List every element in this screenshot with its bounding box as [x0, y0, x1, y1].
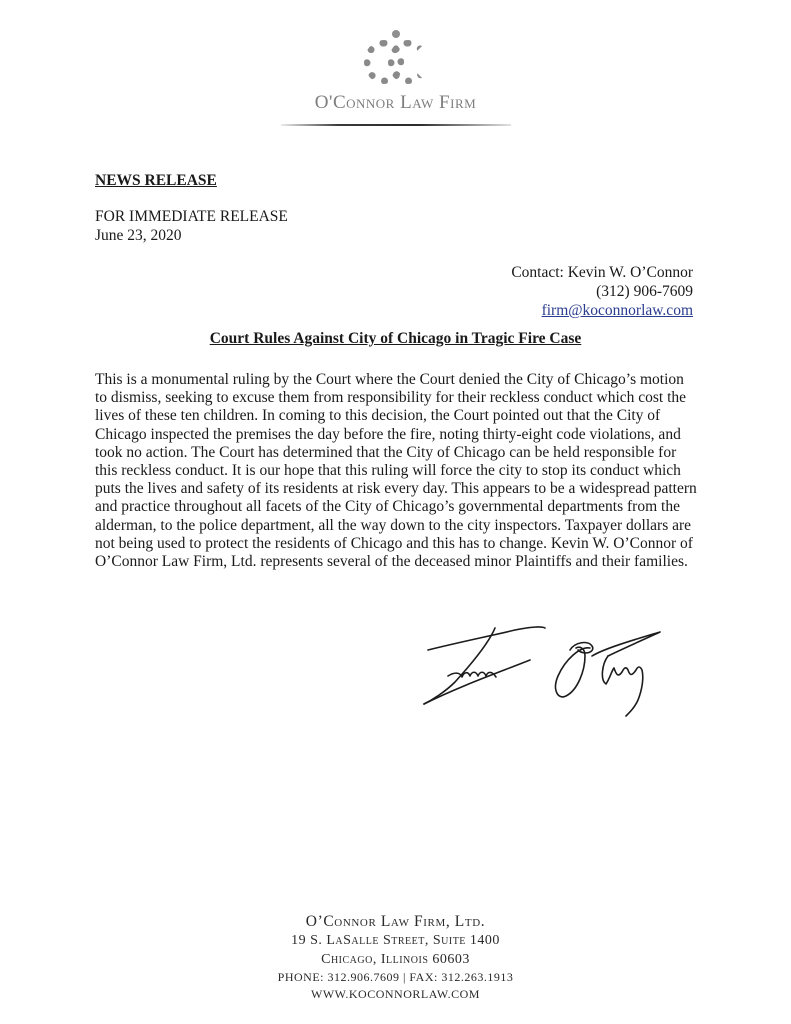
crown-dot: [392, 30, 400, 38]
letterhead: O'Connor Law Firm: [0, 28, 791, 126]
oc-monogram-logo-icon: [356, 28, 436, 90]
release-body: This is a monumental ruling by the Court…: [95, 371, 705, 571]
news-release-label: NEWS RELEASE: [95, 172, 217, 190]
contact-phone: (312) 906-7609: [511, 282, 693, 301]
body-line: puts the lives and safety of its residen…: [95, 480, 705, 498]
body-line: alderman, to the police department, all …: [95, 517, 705, 535]
body-line: lives of these ten children. In coming t…: [95, 407, 705, 425]
contact-email-link[interactable]: firm@koconnorlaw.com: [542, 302, 693, 319]
contact-name: Contact: Kevin W. O’Connor: [511, 263, 693, 282]
headline: Court Rules Against City of Chicago in T…: [0, 330, 791, 348]
body-line: This is a monumental ruling by the Court…: [95, 371, 705, 389]
body-line: and practice throughout all facets of th…: [95, 498, 705, 516]
footer-street: 19 S. LaSalle Street, Suite 1400: [0, 932, 791, 951]
body-line: this reckless conduct. It is our hope th…: [95, 462, 705, 480]
firm-name-logo: O'Connor Law Firm: [0, 92, 791, 114]
letterhead-footer: O’Connor Law Firm, Ltd. 19 S. LaSalle St…: [0, 912, 791, 1003]
body-line: Chicago inspected the premises the day b…: [95, 426, 705, 444]
body-line: not being used to protect the residents …: [95, 535, 705, 553]
body-line: to dismiss, seeking to excuse them from …: [95, 389, 705, 407]
body-line: O’Connor Law Firm, Ltd. represents sever…: [95, 553, 705, 571]
release-info: FOR IMMEDIATE RELEASE June 23, 2020: [95, 207, 288, 245]
release-timing: FOR IMMEDIATE RELEASE: [95, 207, 288, 226]
contact-block: Contact: Kevin W. O’Connor (312) 906-760…: [511, 263, 693, 320]
signature-icon: [420, 620, 680, 720]
footer-firm-name: O’Connor Law Firm, Ltd.: [0, 912, 791, 932]
footer-website: www.koconnorlaw.com: [0, 986, 791, 1003]
body-line: took no action. The Court has determined…: [95, 444, 705, 462]
monogram-c: [388, 40, 428, 84]
footer-phone-fax: Phone: 312.906.7609 | Fax: 312.263.1913: [0, 969, 791, 986]
letterhead-rule: [281, 124, 511, 126]
footer-city: Chicago, Illinois 60603: [0, 951, 791, 970]
release-date: June 23, 2020: [95, 226, 288, 245]
